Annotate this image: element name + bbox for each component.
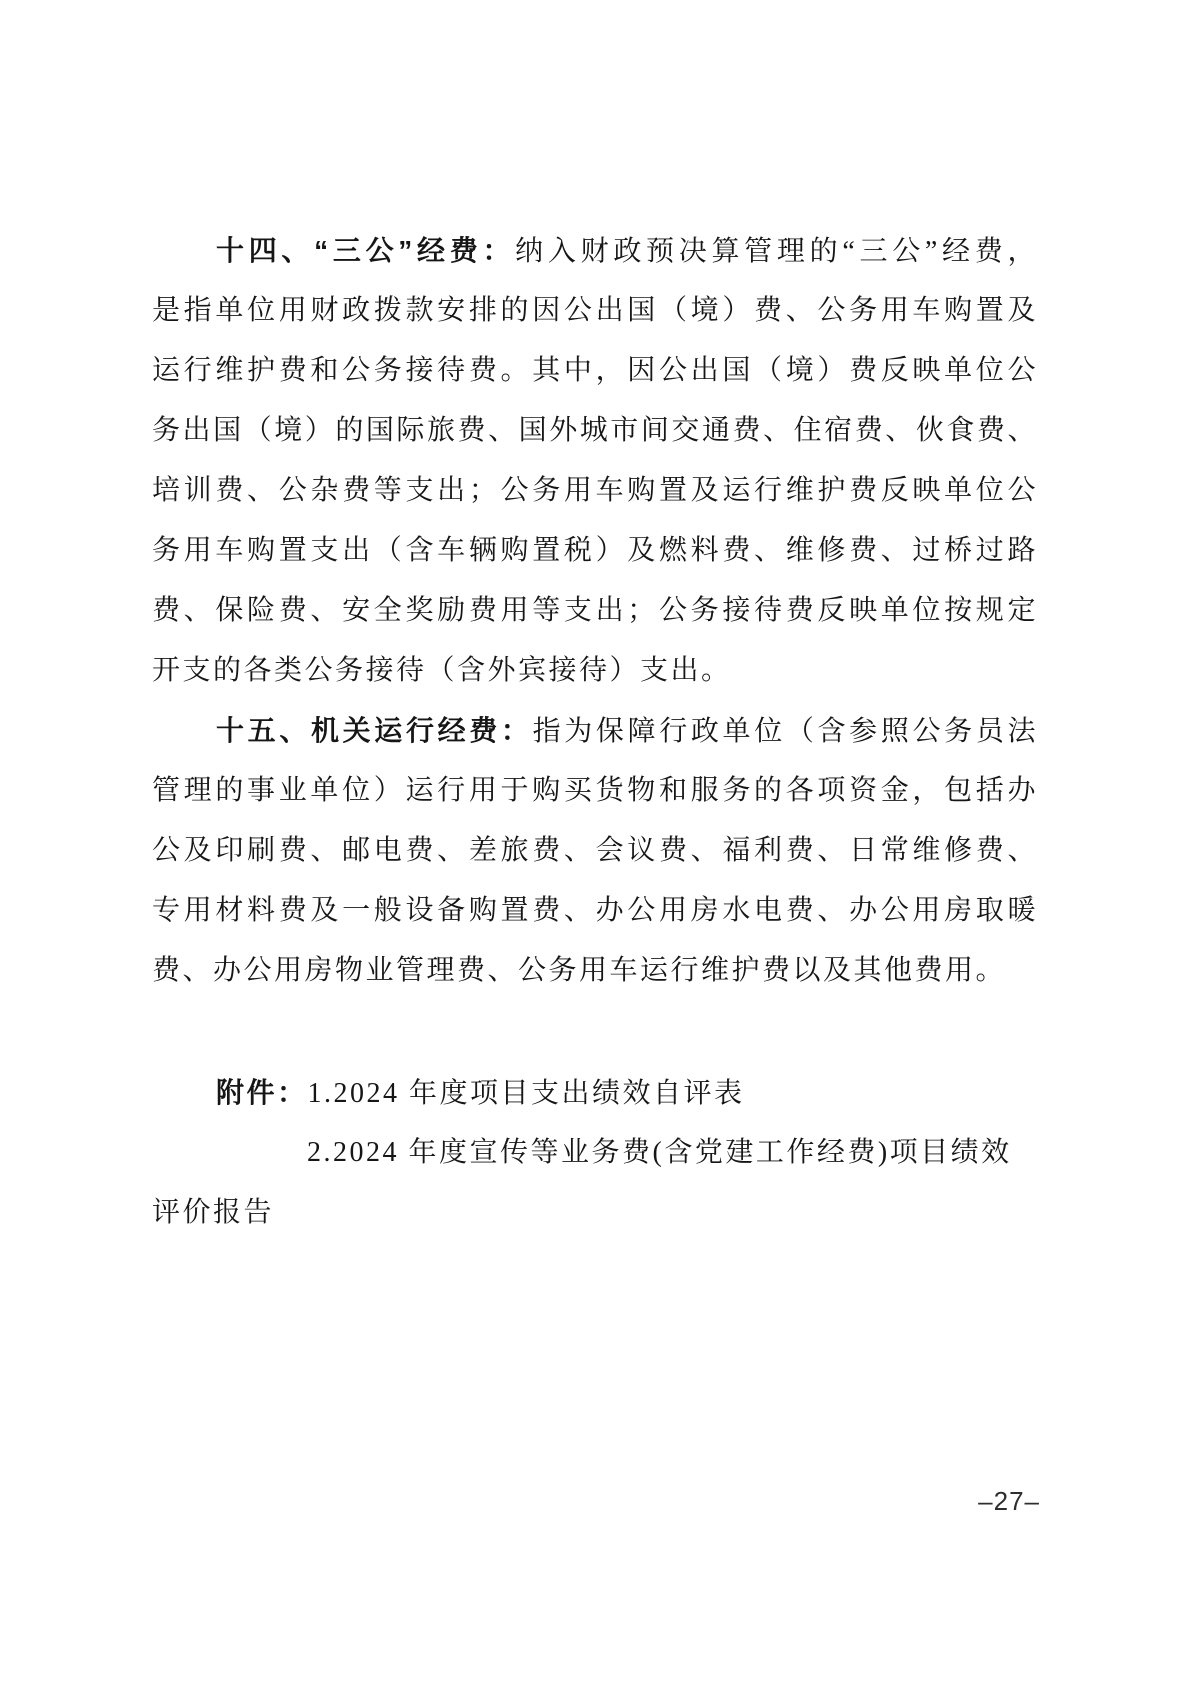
text-line: 务用车购置支出（含车辆购置税）及燃料费、维修费、过桥过路 [152,521,1038,581]
line-text: 纳入财政预决算管理的“三公”经费， [515,236,1038,267]
annex-section: 附件：1.2024 年度项目支出绩效自评表 2.2024 年度宣传等业务费(含党… [152,1063,1038,1243]
paragraph-item-15: 十五、机关运行经费：指为保障行政单位（含参照公务员法 管理的事业单位）运行用于购… [152,701,1038,1001]
text-line: 培训费、公杂费等支出；公务用车购置及运行维护费反映单位公 [152,461,1038,521]
text-line: 专用材料费及一般设备购置费、办公用房水电费、办公用房取暖 [152,881,1038,941]
annex-item-1: 1.2024 年度项目支出绩效自评表 [308,1078,745,1109]
heading-bold: 十五、机关运行经费： [216,715,533,746]
text-line: 运行维护费和公务接待费。其中，因公出国（境）费反映单位公 [152,341,1038,401]
document-page: 十四、“三公”经费：纳入财政预决算管理的“三公”经费， 是指单位用财政拨款安排的… [0,0,1190,1683]
annex-line-3: 评价报告 [152,1183,1038,1243]
page-number: –27– [978,1486,1040,1516]
paragraph-item-14: 十四、“三公”经费：纳入财政预决算管理的“三公”经费， 是指单位用财政拨款安排的… [152,221,1038,701]
text-line: 开支的各类公务接待（含外宾接待）支出。 [152,641,1038,701]
text-line: 费、保险费、安全奖励费用等支出；公务接待费反映单位按规定 [152,581,1038,641]
annex-line-2: 2.2024 年度宣传等业务费(含党建工作经费)项目绩效 [152,1123,1038,1183]
text-line: 十四、“三公”经费：纳入财政预决算管理的“三公”经费， [152,221,1038,281]
text-line: 公及印刷费、邮电费、差旅费、会议费、福利费、日常维修费、 [152,821,1038,881]
blank-line [152,1001,1038,1063]
text-line: 务出国（境）的国际旅费、国外城市间交通费、住宿费、伙食费、 [152,401,1038,461]
document-body: 十四、“三公”经费：纳入财政预决算管理的“三公”经费， 是指单位用财政拨款安排的… [152,221,1038,1243]
text-line: 是指单位用财政拨款安排的因公出国（境）费、公务用车购置及 [152,281,1038,341]
annex-line-1: 附件：1.2024 年度项目支出绩效自评表 [152,1063,1038,1123]
line-text: 指为保障行政单位（含参照公务员法 [533,716,1038,747]
annex-label-bold: 附件： [216,1077,308,1108]
text-line: 十五、机关运行经费：指为保障行政单位（含参照公务员法 [152,701,1038,761]
heading-bold: 十四、“三公”经费： [216,235,515,266]
text-line: 管理的事业单位）运行用于购买货物和服务的各项资金，包括办 [152,761,1038,821]
text-line: 费、办公用房物业管理费、公务用车运行维护费以及其他费用。 [152,941,1038,1001]
